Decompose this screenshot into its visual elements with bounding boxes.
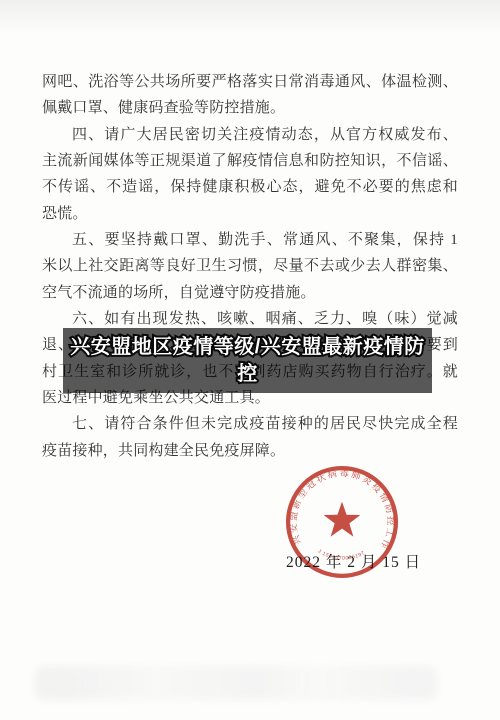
scanned-document-page: 网吧、洗浴等公共场所要严格落实日常消毒通风、体温检测、佩戴口罩、健康码查验等防控…: [0, 0, 500, 720]
text-line: 空气不流通的场所，自觉遵守防疫措施。: [42, 280, 458, 306]
text-line: 四、请广大居民密切关注疫情动态，从官方权威发布、: [42, 122, 458, 148]
watermark-title-banner: 兴安盟地区疫情等级/兴安盟最新疫情防控: [63, 328, 432, 393]
document-body-text: 网吧、洗浴等公共场所要严格落实日常消毒通风、体温检测、佩戴口罩、健康码查验等防控…: [42, 69, 458, 464]
text-line: 疫苗接种，共同构建全民免疫屏障。: [42, 438, 458, 464]
page-bleed-through-smudge: [35, 666, 437, 700]
text-line: 七、请符合条件但未完成疫苗接种的居民尽快完成全程: [42, 411, 458, 437]
text-line: 佩戴口罩、健康码查验等防控措施。: [42, 95, 458, 121]
text-line: 恐慌。: [42, 201, 458, 227]
text-line: 不传谣、不造谣，保持健康积极心态，避免不必要的焦虑和: [42, 174, 458, 200]
star-icon: [324, 502, 361, 537]
official-red-seal: 兴安盟新型冠状病毒肺炎疫情防控工作指挥部 J 1522070036197: [281, 464, 403, 584]
scan-shadow-top: [0, 0, 500, 34]
seal-ring-text: 兴安盟新型冠状病毒肺炎疫情防控工作指挥部: [281, 464, 397, 553]
seal-serial-group: J 1522070036197: [317, 548, 367, 561]
seal-serial-number: J 1522070036197: [317, 548, 367, 561]
text-line: 米以上社交距离等良好卫生习惯，尽量不去或少去人群密集、: [42, 253, 458, 279]
watermark-title-text: 兴安盟地区疫情等级/兴安盟最新疫情防控: [63, 334, 432, 388]
text-line: 五、要坚持戴口罩、勤洗手、常通风、不聚集，保持 1: [42, 227, 458, 253]
text-line: 主流新闻媒体等正规渠道了解疫情信息和防控知识，不信谣、: [42, 148, 458, 174]
text-line: 网吧、洗浴等公共场所要严格落实日常消毒通风、体温检测、: [42, 69, 458, 95]
seal-ring-text-group: 兴安盟新型冠状病毒肺炎疫情防控工作指挥部: [281, 464, 397, 553]
